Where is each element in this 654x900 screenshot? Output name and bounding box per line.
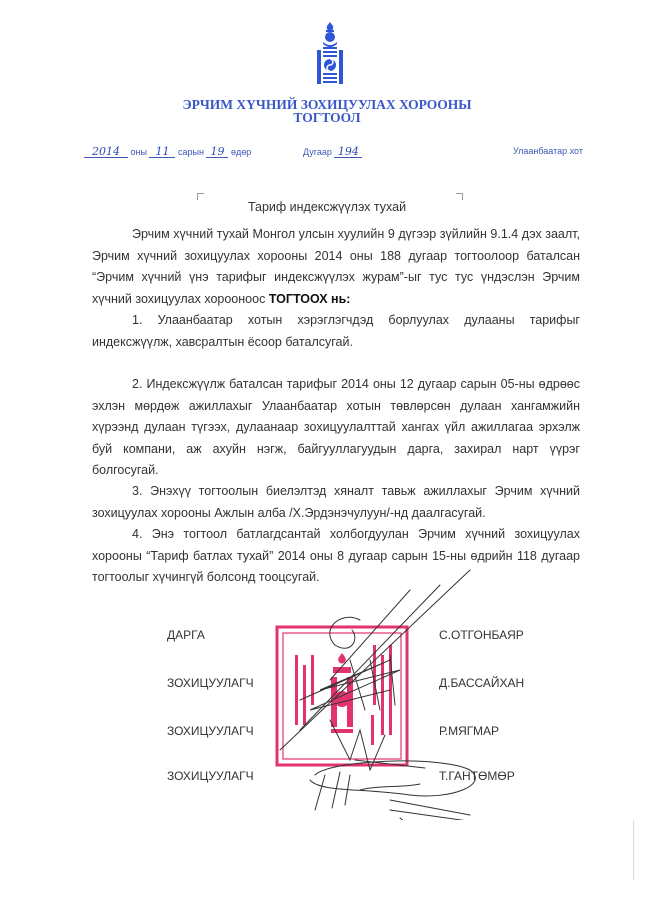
- resolution-item-3: 3. Энэхүү тогтоолын биелэлтэд хяналт тав…: [92, 481, 580, 524]
- resolution-item-text: 3. Энэхүү тогтоолын биелэлтэд хяналт тав…: [92, 481, 580, 524]
- resolution-item-text: 2. Индексжүүлж баталсан тарифыг 2014 оны…: [92, 374, 580, 482]
- resolution-item-text: 1. Улаанбаатар хотын хэрэглэгчдэд борлуу…: [92, 310, 580, 353]
- signatory-role: ЗОХИЦУУЛАГЧ: [167, 724, 254, 738]
- signatory-name: Р.МЯГМАР: [439, 724, 499, 738]
- subject-corner-mark: [197, 193, 204, 200]
- number-label: Дугаар: [303, 147, 332, 157]
- scan-edge-mark: [633, 820, 634, 880]
- date-year: 2014: [84, 146, 128, 158]
- resolution-item-1: 1. Улаанбаатар хотын хэрэглэгчдэд борлуу…: [92, 310, 580, 353]
- date-day: 19: [206, 146, 228, 158]
- document-subject: Тариф индексжүүлэх тухай: [0, 200, 654, 214]
- official-seal-icon: [275, 625, 409, 767]
- resolution-heading: ТОГТООХ нь:: [269, 292, 351, 306]
- date-month-suffix: сарын: [178, 147, 204, 157]
- resolution-item-2: 2. Индексжүүлж баталсан тарифыг 2014 оны…: [92, 374, 580, 482]
- document-number: Дугаар 194: [303, 146, 362, 158]
- document-city: Улаанбаатар хот: [513, 146, 583, 156]
- signatory-name: Д.БАССАЙХАН: [439, 676, 524, 690]
- signatory-role: ДАРГА: [167, 628, 205, 642]
- signatory-role: ЗОХИЦУУЛАГЧ: [167, 769, 254, 783]
- subject-corner-mark: [456, 193, 463, 200]
- resolution-item-4: 4. Энэ тогтоол батлагдсантай холбогдуула…: [92, 524, 580, 589]
- resolution-item-text: 4. Энэ тогтоол батлагдсантай холбогдуула…: [92, 524, 580, 589]
- date-day-suffix: өдөр: [231, 147, 251, 157]
- signatory-name: Т.ГАНТӨМӨР: [439, 769, 515, 783]
- signatory-role: ЗОХИЦУУЛАГЧ: [167, 676, 254, 690]
- document-type-title: ТОГТООЛ: [0, 111, 654, 125]
- soyombo-emblem-icon: [313, 20, 347, 86]
- date-month: 11: [149, 146, 175, 158]
- preamble-paragraph: Эрчим хүчний тухай Монгол улсын хуулийн …: [92, 224, 580, 310]
- document-date: 2014 оны 11 сарын 19 өдөр: [84, 146, 251, 158]
- signatory-name: С.ОТГОНБАЯР: [439, 628, 524, 642]
- number-value: 194: [334, 146, 362, 158]
- date-year-suffix: оны: [131, 147, 147, 157]
